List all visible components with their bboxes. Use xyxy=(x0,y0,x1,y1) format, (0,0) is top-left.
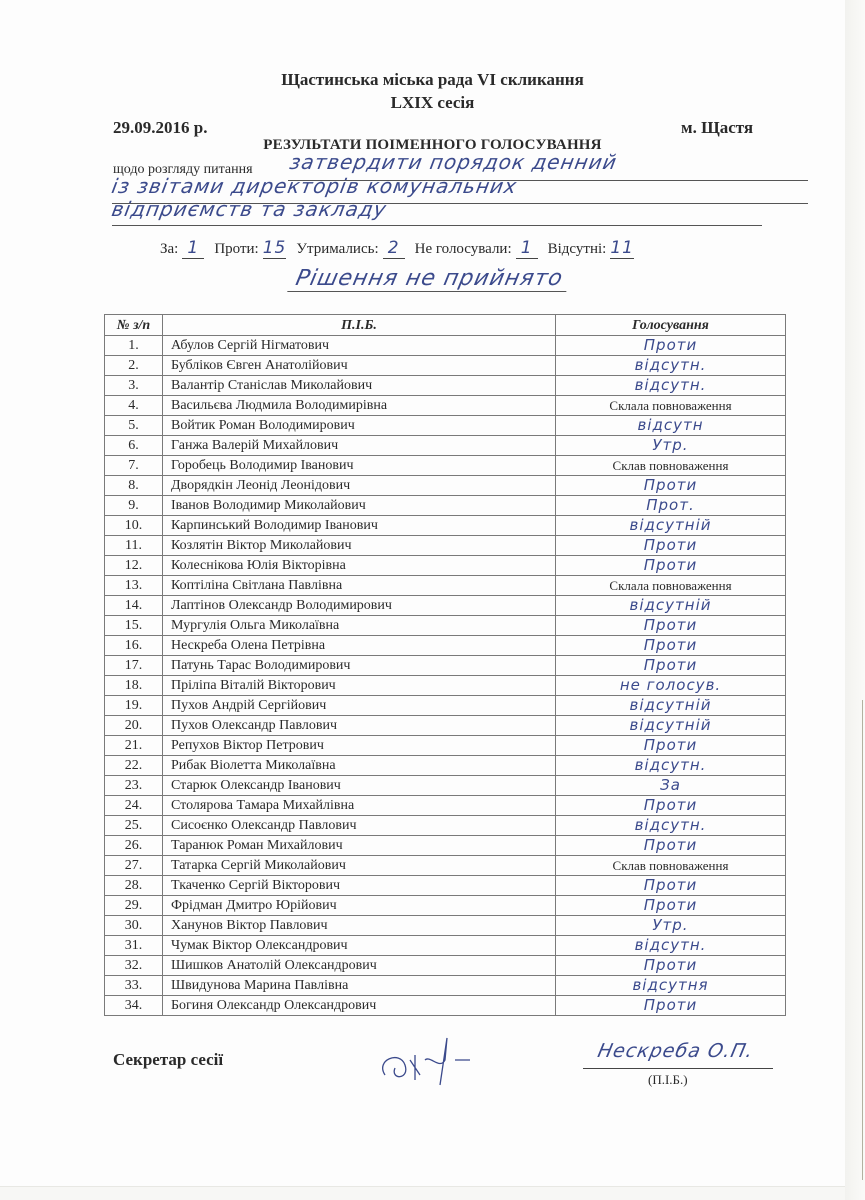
row-number: 16. xyxy=(105,636,163,656)
row-deputy-name: Швидунова Марина Павлівна xyxy=(163,976,556,996)
row-number: 9. xyxy=(105,496,163,516)
row-deputy-name: Козлятін Віктор Миколайович xyxy=(163,536,556,556)
vote-tally: За: 1 Проти: 15 Утримались: 2 Не голосув… xyxy=(160,238,638,259)
row-vote: Проти xyxy=(556,556,786,576)
tally-absent-value: 11 xyxy=(610,238,634,259)
row-number: 31. xyxy=(105,936,163,956)
document-date: 29.09.2016 р. xyxy=(113,118,207,138)
table-row: 20.Пухов Олександр Павловичвідсутній xyxy=(105,716,786,736)
row-deputy-name: Старюк Олександр Іванович xyxy=(163,776,556,796)
row-vote: відсутній xyxy=(556,516,786,536)
table-row: 9.Іванов Володимир МиколайовичПрот. xyxy=(105,496,786,516)
row-number: 8. xyxy=(105,476,163,496)
table-row: 34.Богиня Олександр ОлександровичПроти xyxy=(105,996,786,1016)
row-vote: відсутн. xyxy=(556,376,786,396)
table-row: 5.Войтик Роман Володимировичвідсутн xyxy=(105,416,786,436)
row-deputy-name: Ткаченко Сергій Вікторович xyxy=(163,876,556,896)
row-number: 23. xyxy=(105,776,163,796)
table-row: 1.Абулов Сергій НігматовичПроти xyxy=(105,336,786,356)
row-number: 24. xyxy=(105,796,163,816)
table-row: 10.Карпинський Володимир Івановичвідсутн… xyxy=(105,516,786,536)
table-row: 25.Сисоєнко Олександр Павловичвідсутн. xyxy=(105,816,786,836)
row-number: 27. xyxy=(105,856,163,876)
row-deputy-name: Столярова Тамара Михайлівна xyxy=(163,796,556,816)
row-deputy-name: Татарка Сергій Миколайович xyxy=(163,856,556,876)
row-vote: Утр. xyxy=(556,916,786,936)
secretary-label: Секретар сесії xyxy=(113,1050,223,1070)
row-deputy-name: Карпинський Володимир Іванович xyxy=(163,516,556,536)
table-row: 32.Шишков Анатолій ОлександровичПроти xyxy=(105,956,786,976)
signature-scribble xyxy=(375,1030,505,1090)
topic-line-3: відприємств та закладу xyxy=(110,197,389,221)
row-deputy-name: Абулов Сергій Нігматович xyxy=(163,336,556,356)
row-number: 4. xyxy=(105,396,163,416)
row-number: 17. xyxy=(105,656,163,676)
table-body: 1.Абулов Сергій НігматовичПроти2.Бубліко… xyxy=(105,336,786,1016)
table-row: 17.Патунь Тарас ВолодимировичПроти xyxy=(105,656,786,676)
table-row: 23.Старюк Олександр ІвановичЗа xyxy=(105,776,786,796)
row-number: 15. xyxy=(105,616,163,636)
tally-for: За: 1 xyxy=(160,238,204,259)
row-deputy-name: Рибак Віолетта Миколаївна xyxy=(163,756,556,776)
table-row: 30.Ханунов Віктор ПавловичУтр. xyxy=(105,916,786,936)
table-row: 22.Рибак Віолетта Миколаївнавідсутн. xyxy=(105,756,786,776)
row-number: 18. xyxy=(105,676,163,696)
row-deputy-name: Богиня Олександр Олександрович xyxy=(163,996,556,1016)
council-name: Щастинська міська рада VI скликання xyxy=(0,70,865,90)
tally-abstained-value: 2 xyxy=(383,238,405,259)
table-row: 3.Валантір Станіслав Миколайовичвідсутн. xyxy=(105,376,786,396)
row-number: 14. xyxy=(105,596,163,616)
row-deputy-name: Коптіліна Світлана Павлівна xyxy=(163,576,556,596)
row-deputy-name: Пріліпа Віталій Вікторович xyxy=(163,676,556,696)
row-vote: Склала повноваження xyxy=(556,396,786,416)
session-number: LXIX сесія xyxy=(0,93,865,113)
row-vote: відсутн. xyxy=(556,816,786,836)
row-deputy-name: Васильєва Людмила Володимирівна xyxy=(163,396,556,416)
row-deputy-name: Бубліков Євген Анатолійович xyxy=(163,356,556,376)
row-vote: Склав повноваження xyxy=(556,456,786,476)
row-number: 34. xyxy=(105,996,163,1016)
table-row: 7.Горобець Володимир ІвановичСклав повно… xyxy=(105,456,786,476)
table-row: 31.Чумак Віктор Олександровичвідсутн. xyxy=(105,936,786,956)
row-deputy-name: Сисоєнко Олександр Павлович xyxy=(163,816,556,836)
header-number: № з/п xyxy=(105,315,163,336)
roll-call-table: № з/п П.І.Б. Голосування 1.Абулов Сергій… xyxy=(104,314,786,1016)
row-number: 19. xyxy=(105,696,163,716)
tally-against-label: Проти: xyxy=(214,241,258,258)
topic-line-2: із звітами директорів комунальних xyxy=(110,174,519,198)
row-deputy-name: Колеснікова Юлія Вікторівна xyxy=(163,556,556,576)
row-deputy-name: Ханунов Віктор Павлович xyxy=(163,916,556,936)
row-number: 21. xyxy=(105,736,163,756)
row-deputy-name: Мургулія Ольга Миколаївна xyxy=(163,616,556,636)
row-number: 33. xyxy=(105,976,163,996)
row-vote: відсутн xyxy=(556,416,786,436)
tally-abstained: Утримались: 2 xyxy=(296,238,404,259)
row-vote: відсутній xyxy=(556,596,786,616)
row-deputy-name: Шишков Анатолій Олександрович xyxy=(163,956,556,976)
signature-caption: (П.І.Б.) xyxy=(648,1072,688,1088)
row-number: 30. xyxy=(105,916,163,936)
table-row: 14.Лаптінов Олександр Володимировичвідсу… xyxy=(105,596,786,616)
row-number: 20. xyxy=(105,716,163,736)
row-number: 22. xyxy=(105,756,163,776)
table-row: 28.Ткаченко Сергій ВікторовичПроти xyxy=(105,876,786,896)
header-vote: Голосування xyxy=(556,315,786,336)
row-number: 1. xyxy=(105,336,163,356)
row-vote: Проти xyxy=(556,616,786,636)
row-vote: Проти xyxy=(556,836,786,856)
row-vote: Утр. xyxy=(556,436,786,456)
topic-underline xyxy=(112,225,762,226)
table-row: 4.Васильєва Людмила ВолодимирівнаСклала … xyxy=(105,396,786,416)
row-deputy-name: Войтик Роман Володимирович xyxy=(163,416,556,436)
row-number: 11. xyxy=(105,536,163,556)
header-name: П.І.Б. xyxy=(163,315,556,336)
row-vote: Проти xyxy=(556,656,786,676)
row-number: 3. xyxy=(105,376,163,396)
row-number: 26. xyxy=(105,836,163,856)
table-row: 21.Репухов Віктор ПетровичПроти xyxy=(105,736,786,756)
row-deputy-name: Нескреба Олена Петрівна xyxy=(163,636,556,656)
row-vote: Проти xyxy=(556,796,786,816)
table-row: 16.Нескреба Олена ПетрівнаПроти xyxy=(105,636,786,656)
row-number: 25. xyxy=(105,816,163,836)
decision-result: Рішення не прийнято xyxy=(287,266,571,292)
tally-absent: Відсутні: 11 xyxy=(548,238,634,259)
secretary-signature-name: Нескреба О.П. xyxy=(596,1040,756,1062)
row-vote: Проти xyxy=(556,896,786,916)
tally-against-value: 15 xyxy=(263,238,287,259)
table-row: 6.Ганжа Валерій МихайловичУтр. xyxy=(105,436,786,456)
row-vote: Проти xyxy=(556,736,786,756)
table-row: 11.Козлятін Віктор МиколайовичПроти xyxy=(105,536,786,556)
row-deputy-name: Чумак Віктор Олександрович xyxy=(163,936,556,956)
table-row: 27.Татарка Сергій МиколайовичСклав повно… xyxy=(105,856,786,876)
row-deputy-name: Патунь Тарас Володимирович xyxy=(163,656,556,676)
row-vote: Прот. xyxy=(556,496,786,516)
row-vote: відсутній xyxy=(556,696,786,716)
tally-absent-label: Відсутні: xyxy=(548,241,607,258)
tally-for-value: 1 xyxy=(182,238,204,259)
table-row: 26.Таранюк Роман МихайловичПроти xyxy=(105,836,786,856)
row-deputy-name: Репухов Віктор Петрович xyxy=(163,736,556,756)
row-vote: відсутня xyxy=(556,976,786,996)
row-number: 13. xyxy=(105,576,163,596)
row-vote: Проти xyxy=(556,336,786,356)
row-deputy-name: Лаптінов Олександр Володимирович xyxy=(163,596,556,616)
topic-line-1: затвердити порядок денний xyxy=(288,150,619,174)
row-deputy-name: Фрідман Дмитро Юрійович xyxy=(163,896,556,916)
document-city: м. Щастя xyxy=(681,118,753,138)
row-number: 29. xyxy=(105,896,163,916)
table-row: 33.Швидунова Марина Павлівнавідсутня xyxy=(105,976,786,996)
table-row: 2.Бубліков Євген Анатолійовичвідсутн. xyxy=(105,356,786,376)
row-number: 28. xyxy=(105,876,163,896)
row-number: 2. xyxy=(105,356,163,376)
tally-against: Проти: 15 xyxy=(214,238,286,259)
row-number: 7. xyxy=(105,456,163,476)
table-row: 18.Пріліпа Віталій Вікторовичне голосув. xyxy=(105,676,786,696)
row-deputy-name: Пухов Андрій Сергійович xyxy=(163,696,556,716)
row-number: 5. xyxy=(105,416,163,436)
row-number: 12. xyxy=(105,556,163,576)
table-row: 12.Колеснікова Юлія ВікторівнаПроти xyxy=(105,556,786,576)
row-deputy-name: Таранюк Роман Михайлович xyxy=(163,836,556,856)
table-row: 8.Дворядкін Леонід ЛеонідовичПроти xyxy=(105,476,786,496)
row-vote: Проти xyxy=(556,996,786,1016)
row-vote: відсутній xyxy=(556,716,786,736)
tally-for-label: За: xyxy=(160,241,178,258)
row-deputy-name: Валантір Станіслав Миколайович xyxy=(163,376,556,396)
table-header-row: № з/п П.І.Б. Голосування xyxy=(105,315,786,336)
table-row: 29.Фрідман Дмитро ЮрійовичПроти xyxy=(105,896,786,916)
row-vote: Проти xyxy=(556,636,786,656)
row-deputy-name: Іванов Володимир Миколайович xyxy=(163,496,556,516)
row-vote: Склала повноваження xyxy=(556,576,786,596)
row-number: 32. xyxy=(105,956,163,976)
tally-abstained-label: Утримались: xyxy=(296,241,378,258)
row-number: 6. xyxy=(105,436,163,456)
row-vote: Проти xyxy=(556,476,786,496)
table-row: 15.Мургулія Ольга МиколаївнаПроти xyxy=(105,616,786,636)
row-vote: Проти xyxy=(556,536,786,556)
row-deputy-name: Горобець Володимир Іванович xyxy=(163,456,556,476)
tally-not-voted-label: Не голосували: xyxy=(415,241,512,258)
signature-line xyxy=(583,1068,773,1069)
row-vote: відсутн. xyxy=(556,356,786,376)
row-vote: За xyxy=(556,776,786,796)
table-row: 19.Пухов Андрій Сергійовичвідсутній xyxy=(105,696,786,716)
row-vote: не голосув. xyxy=(556,676,786,696)
table-row: 13.Коптіліна Світлана ПавлівнаСклала пов… xyxy=(105,576,786,596)
page-edge-line xyxy=(862,700,863,1180)
row-vote: Проти xyxy=(556,956,786,976)
tally-not-voted: Не голосували: 1 xyxy=(415,238,538,259)
row-vote: Проти xyxy=(556,876,786,896)
row-vote: Склав повноваження xyxy=(556,856,786,876)
row-vote: відсутн. xyxy=(556,756,786,776)
row-deputy-name: Дворядкін Леонід Леонідович xyxy=(163,476,556,496)
row-deputy-name: Пухов Олександр Павлович xyxy=(163,716,556,736)
row-deputy-name: Ганжа Валерій Михайлович xyxy=(163,436,556,456)
row-vote: відсутн. xyxy=(556,936,786,956)
row-number: 10. xyxy=(105,516,163,536)
tally-not-voted-value: 1 xyxy=(516,238,538,259)
table-row: 24.Столярова Тамара МихайлівнаПроти xyxy=(105,796,786,816)
